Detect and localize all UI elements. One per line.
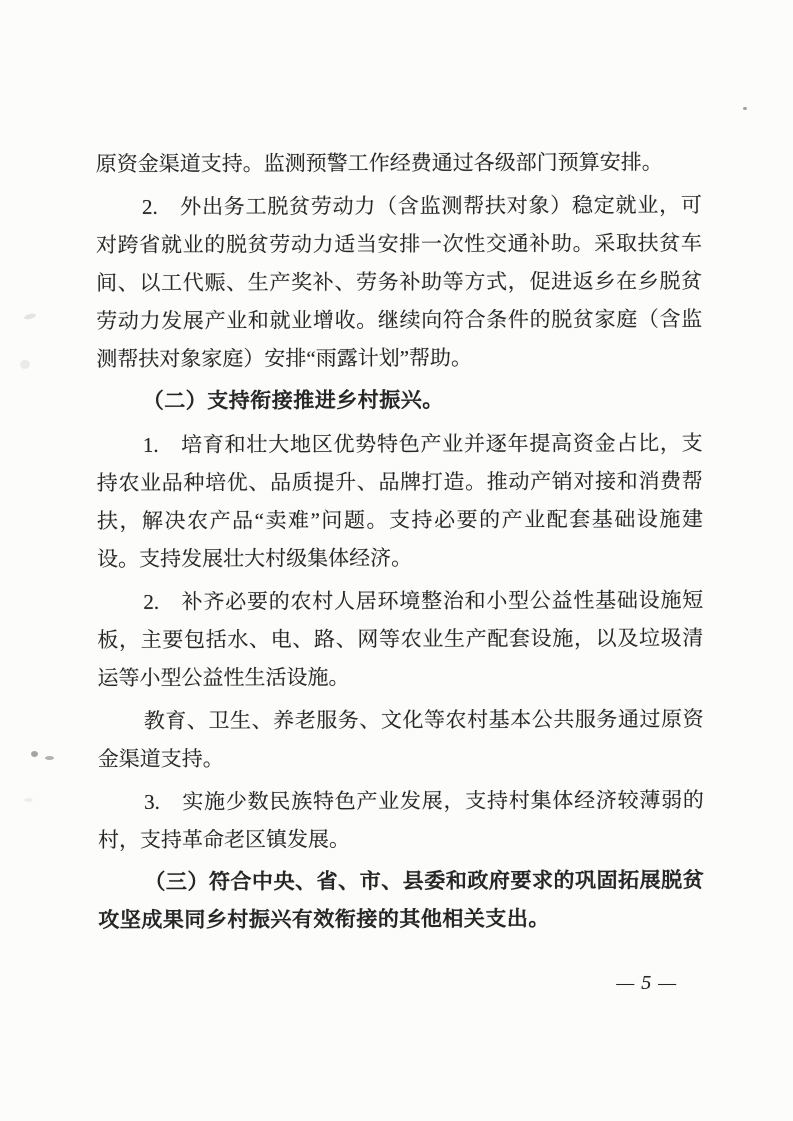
- scan-speck: [24, 798, 33, 802]
- paragraph-numbered-2: 2. 外出务工脱贫劳动力（含监测帮扶对象）稳定就业，可对跨省就业的脱贫劳动力适当…: [96, 186, 703, 378]
- scan-speck: [31, 751, 38, 757]
- scan-speck: [20, 360, 30, 369]
- document-body: 原资金渠道支持。监测预警工作经费通过各级部门预算安排。 2. 外出务工脱贫劳动力…: [96, 143, 705, 945]
- scan-speck: [45, 756, 54, 760]
- page-number: — 5 —: [616, 972, 677, 995]
- paragraph-numbered-2b: 2. 补齐必要的农村人居环境整治和小型公益性基础设施短板，主要包括水、电、路、网…: [97, 581, 703, 697]
- paragraph-numbered-3: 3. 实施少数民族特色产业发展，支持村集体经济较薄弱的村，支持革命老区镇发展。: [98, 781, 704, 859]
- scan-speck: [24, 313, 37, 321]
- paragraph-public-services: 教育、卫生、养老服务、文化等农村基本公共服务通过原资金渠道支持。: [98, 700, 704, 778]
- document-page: 原资金渠道支持。监测预警工作经费通过各级部门预算安排。 2. 外出务工脱贫劳动力…: [0, 0, 793, 1121]
- section-heading-three: （三）符合中央、省、市、县委和政府要求的巩固拓展脱贫攻坚成果同乡村振兴有效衔接的…: [98, 862, 704, 940]
- section-heading-two: （二）支持衔接推进乡村振兴。: [96, 381, 702, 421]
- paragraph-continuation: 原资金渠道支持。监测预警工作经费通过各级部门预算安排。: [96, 143, 702, 183]
- scan-speck: [743, 107, 747, 110]
- paragraph-numbered-1: 1. 培育和壮大地区优势特色产业并逐年提高资金占比，支持农业品种培优、品质提升、…: [97, 424, 704, 578]
